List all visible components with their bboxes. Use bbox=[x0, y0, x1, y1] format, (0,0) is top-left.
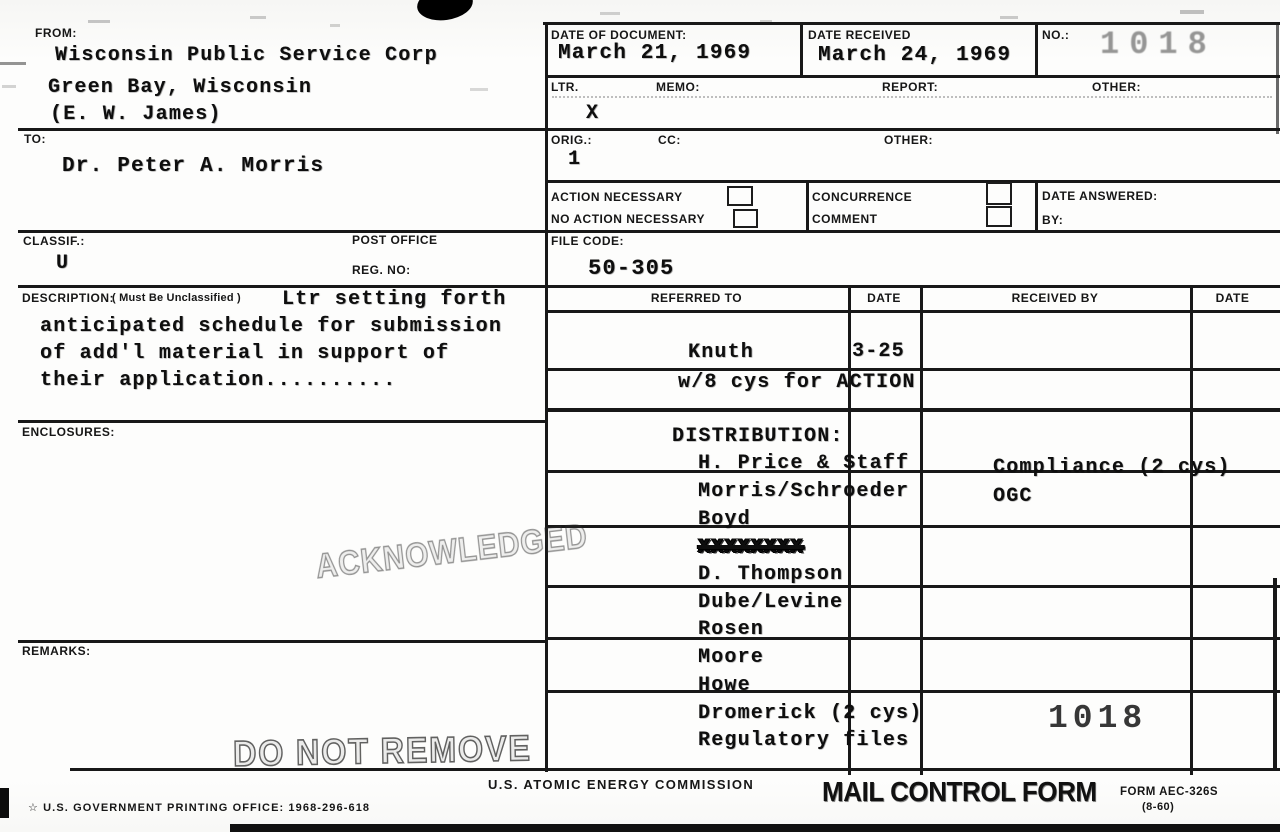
concurrence-label: CONCURRENCE bbox=[812, 190, 912, 204]
date2-header: DATE bbox=[1190, 291, 1275, 305]
mail-control-form: FROM: Wisconsin Public Service Corp Gree… bbox=[0, 0, 1280, 832]
distribution-entry: Boyd bbox=[698, 508, 751, 531]
received-by-header: RECEIVED BY bbox=[920, 291, 1190, 305]
scan-artifact bbox=[330, 24, 340, 27]
grid-line bbox=[545, 637, 1280, 640]
orig-value: 1 bbox=[568, 148, 581, 171]
file-code-value: 50-305 bbox=[588, 256, 674, 281]
control-number-stamp: 1018 bbox=[1048, 700, 1147, 737]
agency-name: U.S. ATOMIC ENERGY COMMISSION bbox=[488, 777, 754, 792]
date-received-label: DATE RECEIVED bbox=[808, 28, 911, 42]
scan-artifact bbox=[0, 62, 26, 65]
no-label: NO.: bbox=[1042, 28, 1069, 42]
concurrence-checkbox bbox=[986, 182, 1012, 205]
from-value-line2: Green Bay, Wisconsin bbox=[48, 76, 312, 99]
scan-right-edge bbox=[1273, 578, 1277, 770]
grid-line bbox=[545, 585, 1280, 588]
grid-line bbox=[543, 22, 1280, 25]
scan-edge-mark bbox=[0, 788, 9, 818]
distribution-entry: D. Thompson bbox=[698, 563, 843, 586]
referred-date-entry: 3-25 bbox=[852, 340, 905, 363]
description-line1: Ltr setting forth bbox=[282, 288, 506, 311]
orig-label: ORIG.: bbox=[551, 133, 592, 147]
grid-line bbox=[545, 690, 1280, 693]
date-header: DATE bbox=[848, 291, 920, 305]
reg-no-label: REG. NO: bbox=[352, 263, 411, 277]
ltr-label: LTR. bbox=[551, 80, 579, 94]
form-title: MAIL CONTROL FORM bbox=[822, 776, 1097, 808]
referral-note: w/8 cys for ACTION bbox=[678, 371, 916, 394]
classif-label: CLASSIF.: bbox=[23, 234, 85, 248]
no-number-stamp: 1018 bbox=[1100, 26, 1217, 63]
referred-to-header: REFERRED TO bbox=[545, 291, 848, 305]
scan-artifact bbox=[2, 85, 16, 88]
date-of-document-label: DATE OF DOCUMENT: bbox=[551, 28, 687, 42]
distribution-entry: H. Price & Staff bbox=[698, 452, 909, 475]
ltr-checkmark: X bbox=[586, 102, 599, 125]
grid-line bbox=[18, 285, 1280, 288]
distribution-label: DISTRIBUTION: bbox=[672, 425, 844, 448]
action-necessary-checkbox bbox=[727, 186, 753, 206]
distribution-entry-struck: XXXXXXXX bbox=[698, 536, 804, 559]
from-label: FROM: bbox=[35, 26, 77, 40]
gpo-imprint: ☆ U.S. GOVERNMENT PRINTING OFFICE: 1968-… bbox=[28, 801, 370, 814]
by-label: BY: bbox=[1042, 213, 1063, 227]
date-received-value: March 24, 1969 bbox=[818, 44, 1011, 67]
acknowledged-stamp: ACKNOWLEDGED bbox=[314, 517, 590, 587]
enclosures-label: ENCLOSURES: bbox=[22, 425, 115, 439]
description-line4: their application.......... bbox=[40, 369, 396, 392]
scan-artifact bbox=[1000, 16, 1018, 19]
form-revision: (8-60) bbox=[1142, 801, 1174, 813]
other2-label: OTHER: bbox=[884, 133, 933, 147]
description-line3: of add'l material in support of bbox=[40, 342, 449, 365]
distribution-entry: Dromerick (2 cys) bbox=[698, 702, 922, 725]
scan-artifact bbox=[470, 88, 488, 91]
received-by-entry: OGC bbox=[993, 485, 1033, 508]
grid-line bbox=[18, 230, 1280, 233]
file-code-label: FILE CODE: bbox=[551, 234, 624, 248]
no-action-necessary-label: NO ACTION NECESSARY bbox=[551, 212, 705, 226]
scan-bottom-band bbox=[230, 824, 1280, 832]
to-label: TO: bbox=[24, 132, 46, 146]
grid-line bbox=[1190, 285, 1193, 775]
grid-line bbox=[545, 75, 1280, 78]
description-line2: anticipated schedule for submission bbox=[40, 315, 502, 338]
post-office-label: POST OFFICE bbox=[352, 233, 438, 247]
distribution-entry: Dube/Levine bbox=[698, 591, 843, 614]
classif-value: U bbox=[56, 252, 69, 275]
description-note: ( Must Be Unclassified ) bbox=[112, 292, 241, 304]
received-by-entry: Compliance (2 cys) bbox=[993, 456, 1231, 479]
grid-line bbox=[18, 128, 1280, 131]
scan-artifact bbox=[1180, 10, 1204, 14]
scan-artifact bbox=[88, 20, 110, 23]
date-of-document-value: March 21, 1969 bbox=[558, 42, 751, 65]
distribution-entry: Rosen bbox=[698, 618, 764, 641]
referred-to-entry: Knuth bbox=[688, 341, 754, 364]
scan-artifact bbox=[250, 16, 266, 19]
grid-line bbox=[545, 310, 1280, 313]
distribution-entry: Regulatory files bbox=[698, 729, 909, 752]
comment-checkbox bbox=[986, 206, 1012, 227]
grid-line bbox=[800, 22, 803, 75]
scan-right-edge bbox=[1276, 22, 1279, 134]
from-value-line3: (E. W. James) bbox=[50, 103, 222, 126]
distribution-entry: Moore bbox=[698, 646, 764, 669]
remarks-label: REMARKS: bbox=[22, 644, 91, 658]
grid-line bbox=[18, 640, 545, 643]
scan-blob bbox=[415, 0, 475, 24]
do-not-remove-stamp: DO NOT REMOVE bbox=[233, 727, 532, 775]
memo-label: MEMO: bbox=[656, 80, 700, 94]
distribution-entry: Howe bbox=[698, 674, 751, 697]
cc-label: CC: bbox=[658, 133, 681, 147]
comment-label: COMMENT bbox=[812, 212, 878, 226]
form-number: FORM AEC-326S bbox=[1120, 786, 1218, 798]
date-answered-label: DATE ANSWERED: bbox=[1042, 189, 1158, 203]
distribution-entry: Morris/Schroeder bbox=[698, 480, 909, 503]
scan-dotted-line bbox=[552, 96, 1272, 98]
grid-line bbox=[1035, 22, 1038, 75]
grid-line bbox=[806, 180, 809, 230]
other-label: OTHER: bbox=[1092, 80, 1141, 94]
report-label: REPORT: bbox=[882, 80, 938, 94]
grid-line bbox=[545, 408, 1280, 412]
action-necessary-label: ACTION NECESSARY bbox=[551, 190, 683, 204]
description-label: DESCRIPTION: bbox=[22, 291, 114, 305]
from-value-line1: Wisconsin Public Service Corp bbox=[55, 44, 438, 67]
grid-line bbox=[545, 22, 548, 772]
scan-artifact bbox=[600, 12, 620, 15]
no-action-necessary-checkbox bbox=[733, 209, 758, 228]
grid-line bbox=[18, 420, 545, 423]
to-value: Dr. Peter A. Morris bbox=[62, 155, 324, 178]
grid-line bbox=[1035, 180, 1038, 230]
grid-line bbox=[545, 525, 1280, 528]
grid-line bbox=[545, 180, 1280, 183]
